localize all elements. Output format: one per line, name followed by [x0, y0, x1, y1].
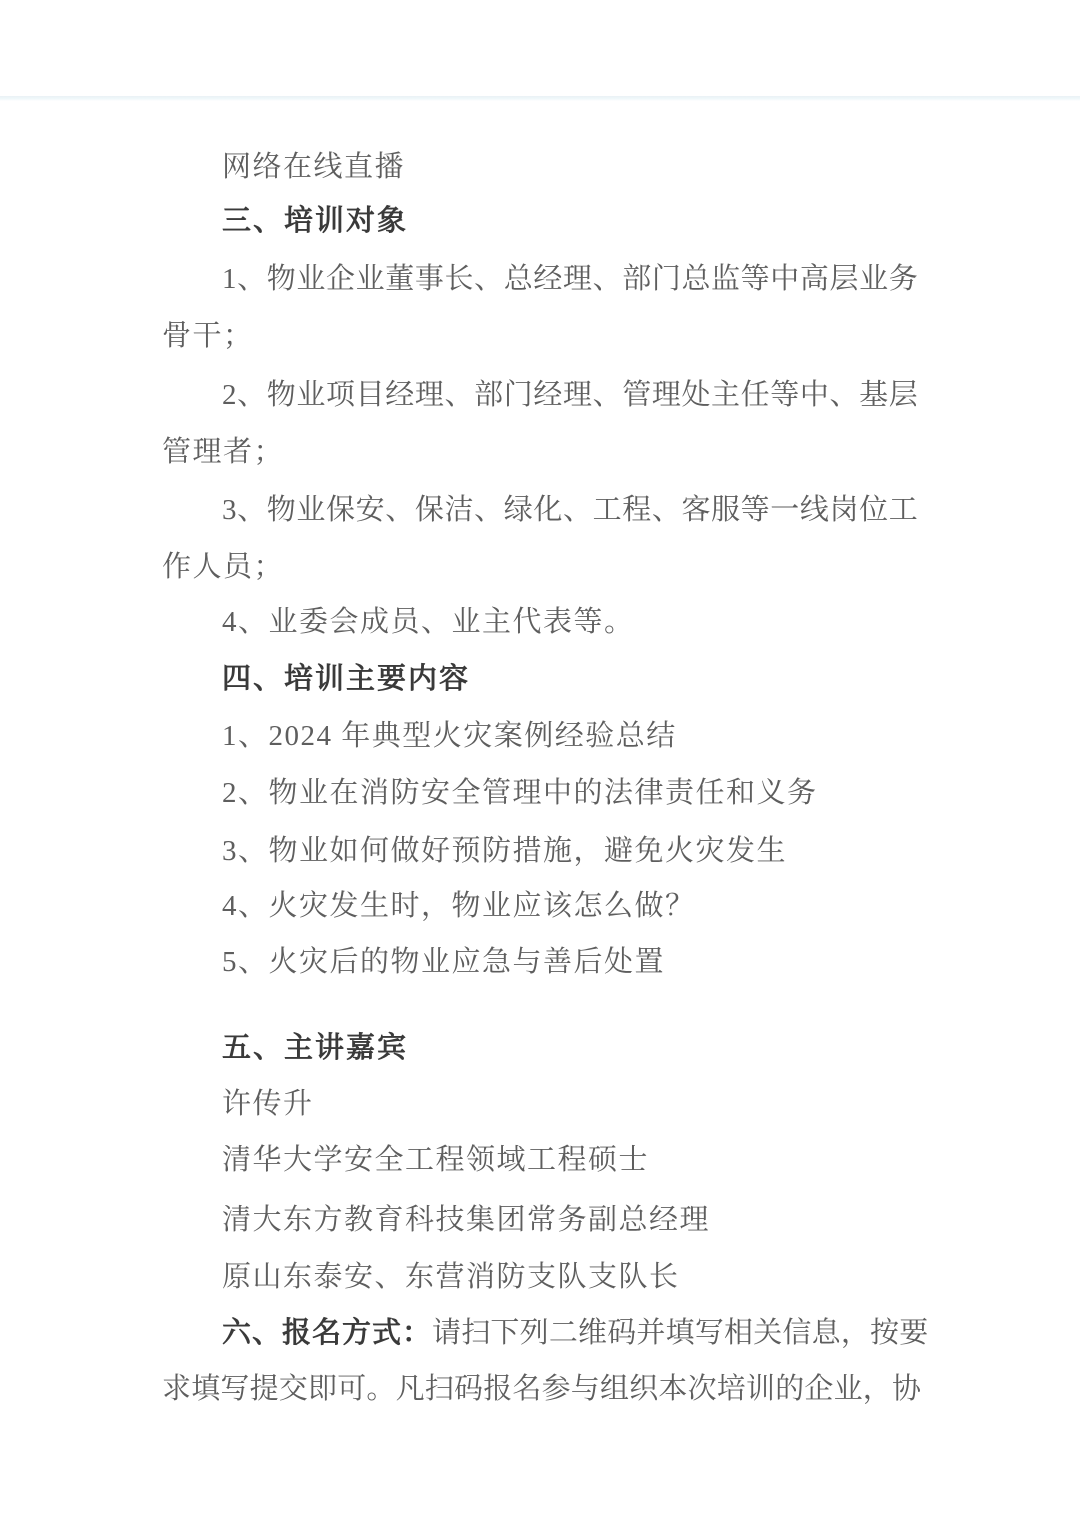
doc-line-10: 四、培训主要内容: [222, 658, 470, 700]
body-text: 骨干；: [162, 320, 254, 352]
doc-line-2: 三、培训对象: [222, 200, 408, 242]
doc-line-13: 3、物业如何做好预防措施，避免火灾发生: [222, 830, 787, 872]
body-text: 求填写提交即可。凡扫码报名参与组织本次培训的企业，协: [162, 1373, 921, 1405]
body-text: 5、火灾后的物业应急与善后处置: [222, 946, 665, 978]
doc-line-15: 5、火灾后的物业应急与善后处置: [222, 941, 665, 983]
body-text: 4、火灾发生时，物业应该怎么做？: [222, 890, 696, 922]
doc-line-17: 许传升: [222, 1083, 314, 1125]
doc-line-8: 作人员；: [162, 546, 284, 588]
doc-line-9: 4、业委会成员、业主代表等。: [222, 601, 635, 643]
doc-line-11: 1、2024 年典型火灾案例经验总结: [222, 715, 677, 757]
doc-line-4: 骨干；: [162, 315, 254, 357]
body-text: 3、物业保安、保洁、绿化、工程、客服等一线岗位工: [222, 494, 918, 526]
heading-text: 五、主讲嘉宾: [222, 1032, 408, 1064]
body-text: 网络在线直播: [222, 151, 405, 183]
body-text: 1、物业企业董事长、总经理、部门总监等中高层业务: [222, 263, 918, 295]
heading-text: 六、报名方式：: [222, 1317, 432, 1349]
body-text: 清大东方教育科技集团常务副总经理: [222, 1204, 710, 1236]
doc-line-14: 4、火灾发生时，物业应该怎么做？: [222, 885, 696, 927]
body-text: 2、物业在消防安全管理中的法律责任和义务: [222, 777, 818, 809]
doc-line-7: 3、物业保安、保洁、绿化、工程、客服等一线岗位工: [222, 489, 918, 531]
body-text: 管理者；: [162, 436, 284, 468]
body-text: 2、物业项目经理、部门经理、管理处主任等中、基层: [222, 379, 918, 411]
body-text: 清华大学安全工程领域工程硕士: [222, 1144, 649, 1176]
doc-line-21: 六、报名方式：请扫下列二维码并填写相关信息，按要: [222, 1312, 918, 1354]
doc-line-20: 原山东泰安、东营消防支队支队长: [222, 1256, 680, 1298]
body-text: 原山东泰安、东营消防支队支队长: [222, 1261, 680, 1293]
body-text: 作人员；: [162, 551, 284, 583]
doc-line-12: 2、物业在消防安全管理中的法律责任和义务: [222, 772, 818, 814]
doc-line-22: 求填写提交即可。凡扫码报名参与组织本次培训的企业，协: [162, 1368, 918, 1410]
body-text: 3、物业如何做好预防措施，避免火灾发生: [222, 835, 787, 867]
body-text: 1、2024 年典型火灾案例经验总结: [222, 720, 677, 752]
doc-line-3: 1、物业企业董事长、总经理、部门总监等中高层业务: [222, 258, 918, 300]
doc-line-18: 清华大学安全工程领域工程硕士: [222, 1139, 649, 1181]
doc-line-1: 网络在线直播: [222, 146, 405, 188]
document-page: 网络在线直播三、培训对象1、物业企业董事长、总经理、部门总监等中高层业务骨干；2…: [0, 0, 1080, 1528]
doc-line-6: 管理者；: [162, 431, 284, 473]
doc-line-5: 2、物业项目经理、部门经理、管理处主任等中、基层: [222, 374, 918, 416]
heading-text: 三、培训对象: [222, 205, 408, 237]
body-text: 许传升: [222, 1088, 314, 1120]
doc-line-16: 五、主讲嘉宾: [222, 1027, 408, 1069]
scan-edge-artifact: [0, 96, 1080, 101]
body-text: 请扫下列二维码并填写相关信息，按要: [432, 1317, 928, 1349]
heading-text: 四、培训主要内容: [222, 663, 470, 695]
doc-line-19: 清大东方教育科技集团常务副总经理: [222, 1199, 710, 1241]
body-text: 4、业委会成员、业主代表等。: [222, 606, 635, 638]
